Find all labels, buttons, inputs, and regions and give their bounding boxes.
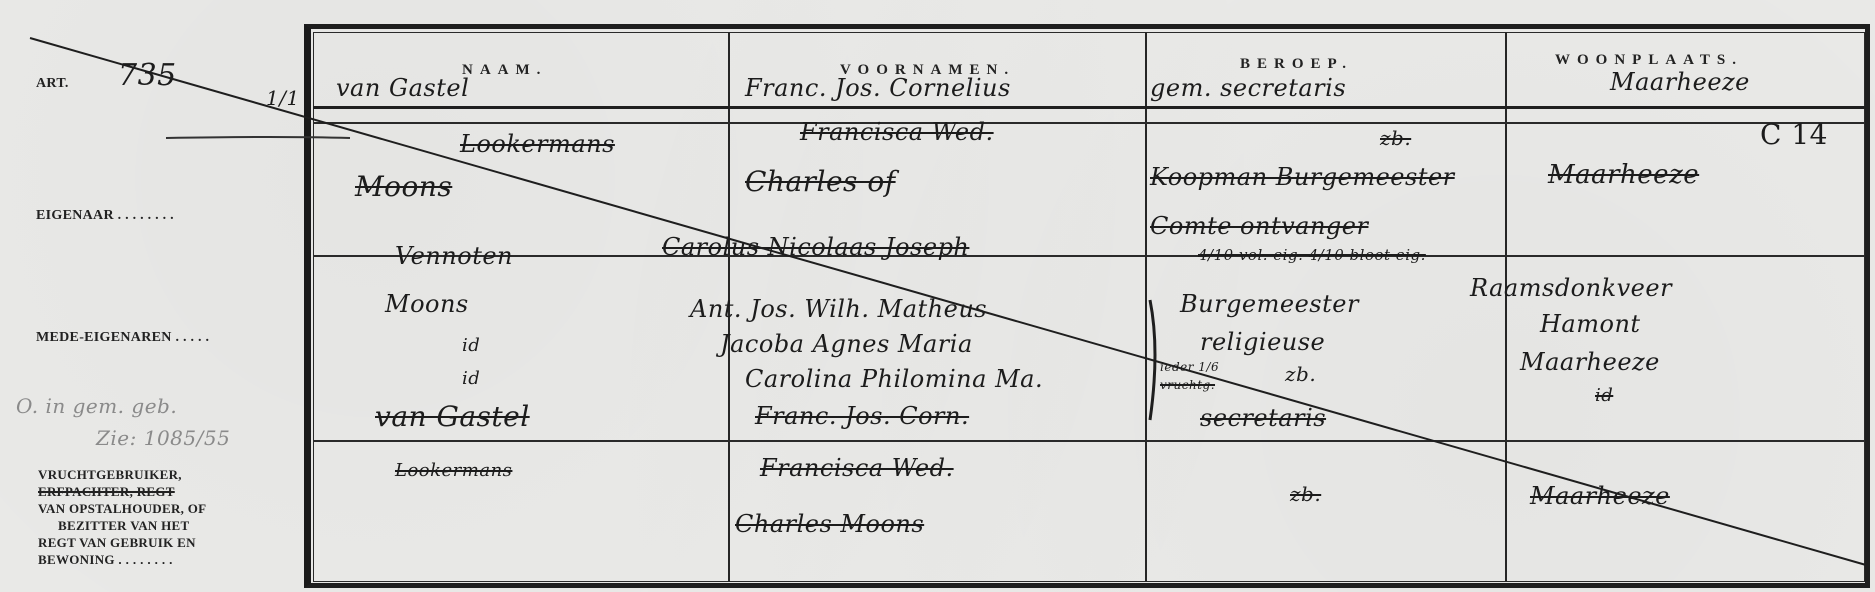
pencil-note-line-2: Zie: 1085/55	[96, 426, 230, 450]
vruchtgebruiker-line-1: VRUCHTGEBRUIKER,	[38, 466, 298, 483]
eigenaar-beroep-2: Comte ontvanger	[1150, 212, 1368, 240]
eigenaar-row-line	[313, 255, 1865, 257]
column-header-beroep: BEROEP.	[1240, 56, 1353, 73]
mede-eigenaren-label: MEDE-EIGENAREN .....	[36, 330, 213, 346]
header-row-line-2	[313, 122, 1865, 124]
vruchtgebruiker-line-3: VAN OPSTALHOUDER, OF	[38, 500, 298, 517]
mede-woonplaats-1: Raamsdonkveer	[1470, 274, 1672, 302]
header-naam: van Gastel	[336, 74, 469, 102]
vrucht-naam-1: Lookermans	[395, 460, 512, 481]
mede-voornamen-2: Jacoba Agnes Maria	[720, 330, 973, 358]
mede-woonplaats-2: Hamont	[1540, 310, 1641, 338]
vruchtgebruiker-line-6: BEWONING ........	[38, 551, 298, 568]
mede-woonplaats-3: Maarheeze	[1520, 348, 1660, 376]
eigenaar-voornamen-1: Francisca Wed.	[800, 118, 994, 146]
header-beroep: gem. secretaris	[1150, 74, 1346, 102]
eigenaar-beroep-3: 4/10 vol. eig. 4/10 bloot eig.	[1198, 246, 1426, 264]
mede-beroep-2: religieuse	[1200, 328, 1325, 356]
art-label: ART.	[36, 76, 69, 92]
vrucht-beroep-1: zb.	[1290, 482, 1321, 506]
header-woonplaats: Maarheeze	[1610, 68, 1750, 96]
pencil-note-line-1: O. in gem. geb.	[16, 394, 177, 418]
eigenaar-beroep-zb: zb.	[1380, 126, 1411, 150]
leader-dots: ........	[118, 208, 178, 223]
mede-naam-1: Moons	[385, 290, 469, 318]
reference-mark: C 14	[1760, 118, 1828, 151]
column-header-woonplaats: WOONPLAATS.	[1555, 52, 1743, 69]
eigenaar-woonplaats: Maarheeze	[1548, 160, 1699, 190]
mede-naam-3: id	[462, 368, 480, 389]
vruchtgebruiker-line-2: ERFPACHTER, REGT	[38, 483, 298, 500]
mede-voornamen-1: Ant. Jos. Wilh. Matheus	[690, 295, 987, 323]
eigenaar-label: EIGENAAR ........	[36, 208, 178, 224]
vruchtgebruiker-line-4: BEZITTER VAN HET	[38, 517, 298, 534]
mede-eigenaren-label-text: MEDE-EIGENAREN	[36, 330, 172, 345]
leader-dots: ........	[118, 552, 176, 567]
eigenaar-naam-2: Moons	[355, 170, 452, 203]
header-voornamen: Franc. Jos. Cornelius	[745, 74, 1011, 102]
vruchtgebruiker-line-5: REGT VAN GEBRUIK EN	[38, 534, 298, 551]
eigenaar-naam-3: Vennoten	[395, 242, 513, 270]
vrucht-woonplaats-1: Maarheeze	[1530, 482, 1670, 510]
bewoning-text: BEWONING	[38, 552, 115, 567]
eigenaar-beroep-1: Koopman Burgemeester	[1150, 163, 1455, 191]
mede-voornamen-4: Franc. Jos. Corn.	[755, 402, 969, 430]
mede-beroep-1: Burgemeester	[1180, 290, 1359, 318]
art-number: 735	[118, 58, 177, 93]
eigenaar-voornamen-3: Carolus Nicolaas Joseph	[662, 233, 969, 261]
eigenaar-label-text: EIGENAAR	[36, 208, 114, 223]
divider-beroep-woonplaats	[1505, 32, 1507, 582]
mede-beroep-note-2: vruchtg.	[1160, 378, 1215, 392]
eigenaar-voornamen-2: Charles of	[745, 165, 896, 198]
mede-beroep-4: secretaris	[1200, 404, 1326, 432]
divider-voornamen-beroep	[1145, 32, 1147, 582]
column-header-naam: NAAM.	[462, 62, 547, 79]
eigenaar-naam-1: Lookermans	[460, 130, 615, 158]
mede-beroep-note-1: ieder 1/6	[1160, 360, 1219, 374]
mede-voornamen-3: Carolina Philomina Ma.	[745, 365, 1043, 393]
vruchtgebruiker-label: VRUCHTGEBRUIKER, ERFPACHTER, REGT VAN OP…	[38, 466, 298, 568]
vrucht-voornamen-2: Charles Moons	[735, 510, 924, 538]
mede-naam-4: van Gastel	[375, 400, 530, 433]
vrucht-voornamen-1: Francisca Wed.	[760, 454, 954, 482]
mede-beroep-3: zb.	[1285, 362, 1316, 386]
mede-eigenaren-row-line	[313, 440, 1865, 442]
mede-woonplaats-4: id	[1595, 385, 1613, 406]
leader-dots: .....	[175, 330, 213, 345]
header-row-line	[313, 106, 1865, 109]
mede-naam-2: id	[462, 335, 480, 356]
art-suffix: 1/1	[266, 86, 300, 110]
